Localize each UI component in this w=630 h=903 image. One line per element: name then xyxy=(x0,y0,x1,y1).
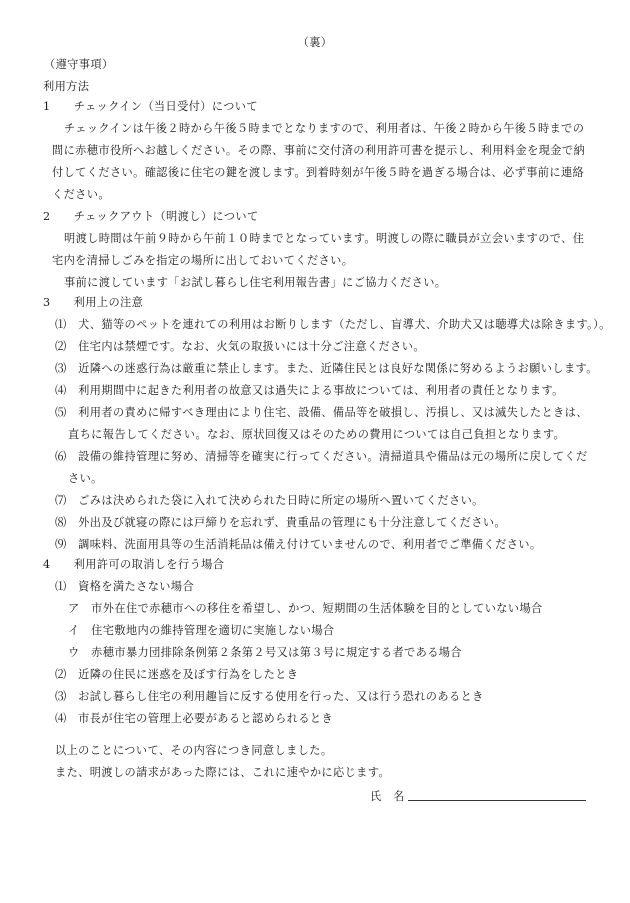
text-line: ⑴ 資格を満たさない場合 xyxy=(55,580,194,594)
signature-label: 氏 名 xyxy=(370,790,405,804)
text-line: ⑶ お試し暮らし住宅の利用趣旨に反する使用を行った、又は行う恐れのあるとき xyxy=(55,690,484,704)
text-line: また、明渡しの請求があった際には、これに速やかに応じます。 xyxy=(55,766,390,780)
text-line: 宅内を清掃しごみを指定の場所に出しておいてください。 xyxy=(52,254,353,268)
text-line: ⑵ 近隣の住民に迷惑を及ぼす行為をしたとき xyxy=(55,668,298,682)
page-title: （裏） xyxy=(0,36,630,50)
text-line: チェックインは午後２時から午後５時までとなりますので、利用者は、午後２時から午後… xyxy=(64,122,584,136)
text-line: ⑵ 住宅内は禁煙です。なお、火気の取扱いには十分ご注意ください。 xyxy=(55,340,425,354)
text-line: 2 チェックアウト（明渡し）について xyxy=(43,210,259,224)
text-line: ⑹ 設備の維持管理に努め、清掃等を確実に行ってください。清掃道具や備品は元の場所… xyxy=(55,450,588,464)
text-line: ⑺ ごみは決められた袋に入れて決められた日時に所定の場所へ置いてください。 xyxy=(55,494,484,508)
heading: 利用方法 xyxy=(43,80,89,94)
text-line: ウ 赤穂市暴力団排除条例第２条第２号又は第３号に規定する者である場合 xyxy=(68,646,462,660)
text-line: イ 住宅敷地内の維持管理を適切に実施しない場合 xyxy=(68,624,335,638)
text-line: 間に赤穂市役所へお越しください。その際、事前に交付済の利用許可書を提示し、利用料… xyxy=(52,144,585,158)
text-line: ⑷ 利用期間中に起きた利用者の故意又は過失による事故については、利用者の責任とな… xyxy=(55,384,564,398)
text-line: ⑷ 市長が住宅の管理上必要があると認められるとき xyxy=(55,712,333,726)
text-line: 明渡し時間は午前９時から午前１０時までとなっています。明渡しの際に職員が立会いま… xyxy=(64,232,584,246)
text-line: 3 利用上の注意 xyxy=(43,296,143,310)
text-line: ください。 xyxy=(52,188,110,202)
signature-underline xyxy=(408,800,586,801)
text-line: 以上のことについて、その内容につき同意しました。 xyxy=(55,744,332,758)
text-line: ⑶ 近隣への迷惑行為は厳重に禁止します。また、近隣住民とは良好な関係に努めるよう… xyxy=(55,362,598,376)
text-line: ⑴ 犬、猫等のペットを連れての利用はお断りします（ただし、盲導犬、介助犬又は聴導… xyxy=(55,318,611,332)
text-line: 付してください。確認後に住宅の鍵を渡します。到着時刻が午後５時を過ぎる場合は、必… xyxy=(52,166,584,180)
text-line: さい。 xyxy=(68,472,103,486)
text-line: ア 市外在住で赤穂市への移住を希望し、かつ、短期間の生活体験を目的としていない場… xyxy=(68,602,543,616)
text-line: ⑼ 調味料、洗面用具等の生活消耗品は備え付けていませんので、利用者でご準備くださ… xyxy=(55,538,541,552)
text-line: 4 利用許可の取消しを行う場合 xyxy=(43,558,224,572)
text-line: ⑻ 外出及び就寝の際には戸締りを忘れず、貴重品の管理にも十分注意してください。 xyxy=(55,516,506,530)
text-line: 直ちに報告してください。なお、原状回復又はそのための費用については自己負担となり… xyxy=(68,428,565,442)
text-line: ⑸ 利用者の責めに帰すべき理由により住宅、設備、備品等を破損し、汚損し、又は滅失… xyxy=(55,406,588,420)
text-line: 1 チェックイン（当日受付）について xyxy=(43,100,258,114)
text-line: 事前に渡しています「お試し暮らし住宅利用報告書」にご協力ください。 xyxy=(64,276,446,290)
section-label: （遵守事項） xyxy=(44,58,114,72)
